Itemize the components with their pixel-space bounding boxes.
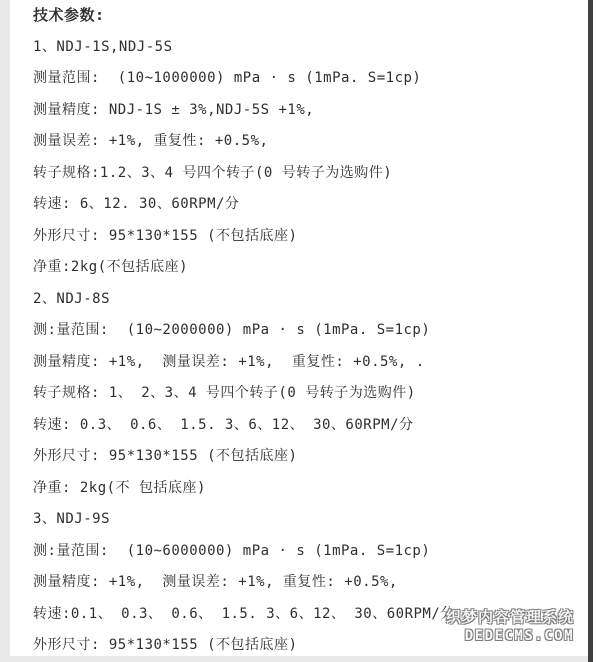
param-line-rotor-spec: 转子规格: 1、 2、3、4 号四个转子(0 号转子为选购件) [33, 378, 578, 410]
param-line-error: 测量误差: +1%, 重复性: +0.5%, [33, 126, 578, 158]
param-line-rotor-spec: 转子规格:1.2、3、4 号四个转子(0 号转子为选购件) [33, 158, 578, 190]
page-title: 技术参数: [33, 0, 578, 32]
param-line-speed: 转速: 6、12. 30、60RPM/分 [33, 189, 578, 221]
param-line-speed: 转速: 0.3、 0.6、 1.5. 3、6、12、 30、60RPM/分 [33, 410, 578, 442]
param-line-accuracy: 测量精度: +1%, 测量误差: +1%, 重复性: +0.5%, [33, 567, 578, 599]
section-3-heading: 3、NDJ-9S [33, 504, 578, 536]
param-line-dimensions: 外形尺寸: 95*130*155 (不包括底座) [33, 221, 578, 253]
param-line-accuracy: 测量精度: NDJ-1S ± 3%,NDJ-5S +1%, [33, 95, 578, 127]
param-line-accuracy: 测量精度: +1%, 测量误差: +1%, 重复性: +0.5%, . [33, 347, 578, 379]
document-page: 技术参数: 1、NDJ-1S,NDJ-5S 测量范围: (10~1000000)… [0, 0, 588, 662]
watermark-text-cn: 织梦内容管理系统 [446, 608, 574, 627]
dedecms-watermark: 织梦内容管理系统 DEDECMS.COM [446, 608, 574, 646]
document-body: 技术参数: 1、NDJ-1S,NDJ-5S 测量范围: (10~1000000)… [33, 0, 578, 662]
param-line-weight: 净重: 2kg(不 包括底座) [33, 473, 578, 505]
page-left-margin [0, 0, 10, 662]
param-line-range: 测:量范围: (10~6000000) mPa · s (1mPa. S=1cp… [33, 536, 578, 568]
watermark-text-en: DEDECMS.COM [446, 627, 574, 646]
page-bottom-margin [0, 656, 588, 662]
param-line-weight: 净重:2kg(不包括底座) [33, 252, 578, 284]
section-2-heading: 2、NDJ-8S [33, 284, 578, 316]
param-line-range: 测:量范围: (10~2000000) mPa · s (1mPa. S=1cp… [33, 315, 578, 347]
param-line-range: 测量范围: (10~1000000) mPa · s (1mPa. S=1cp) [33, 63, 578, 95]
section-1-heading: 1、NDJ-1S,NDJ-5S [33, 32, 578, 64]
param-line-dimensions: 外形尺寸: 95*130*155 (不包括底座) [33, 441, 578, 473]
